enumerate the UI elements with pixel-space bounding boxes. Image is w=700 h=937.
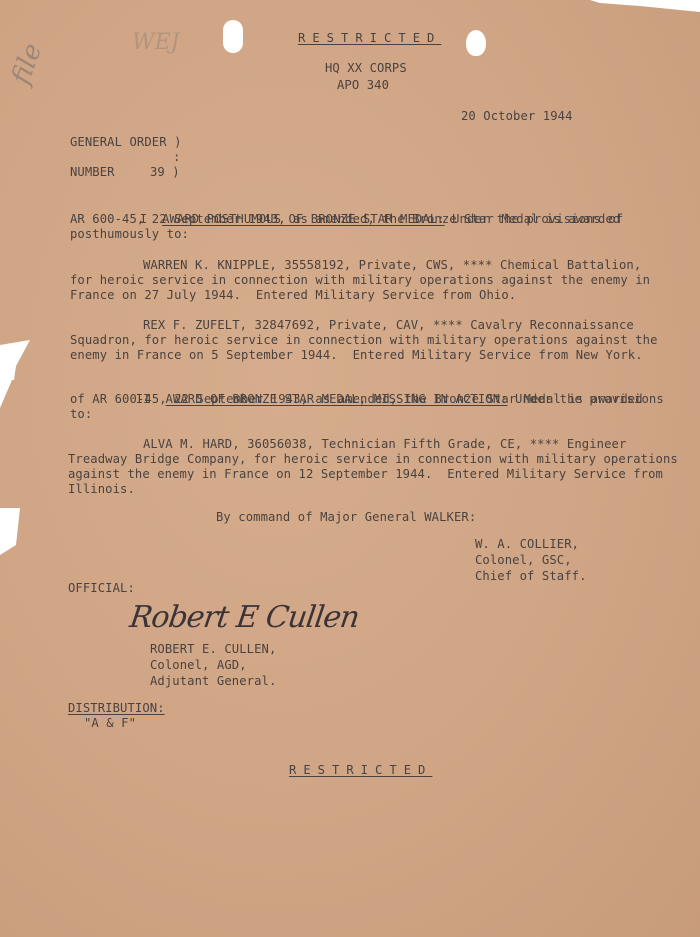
command-line: By command of Major General WALKER: bbox=[216, 510, 476, 525]
section-1-intro-2: AR 600-45, 22 September 1943, as amended… bbox=[70, 212, 620, 227]
distribution-label: DISTRIBUTION: bbox=[68, 701, 165, 716]
official-label: OFFICIAL: bbox=[68, 581, 135, 596]
recipient-hard-line-3: against the enemy in France on 12 Septem… bbox=[68, 467, 663, 482]
adjutant-title: Adjutant General. bbox=[150, 674, 276, 689]
chief-of-staff-rank: Colonel, GSC, bbox=[475, 553, 572, 568]
recipient-knipple-line-1: WARREN K. KNIPPLE, 35558192, Private, CW… bbox=[143, 258, 641, 273]
general-order-colon: : bbox=[173, 150, 180, 165]
classification-top: RESTRICTED bbox=[298, 31, 441, 46]
chief-of-staff-name: W. A. COLLIER, bbox=[475, 537, 579, 552]
recipient-hard-line-2: Treadway Bridge Company, for heroic serv… bbox=[68, 452, 678, 467]
distribution-value: "A & F" bbox=[84, 716, 136, 731]
punch-hole-left bbox=[223, 20, 243, 53]
order-number-label: NUMBER bbox=[70, 165, 115, 180]
pencil-annotation-file: file bbox=[6, 39, 48, 88]
recipient-knipple-line-3: France on 27 July 1944. Entered Military… bbox=[70, 288, 516, 303]
pencil-annotation-initials: WEJ bbox=[132, 30, 180, 55]
adjutant-name: ROBERT E. CULLEN, bbox=[150, 642, 276, 657]
document-page: file WEJ RESTRICTED HQ XX CORPS APO 340 … bbox=[0, 0, 700, 937]
general-order-label: GENERAL ORDER ) bbox=[70, 135, 182, 150]
recipient-hard-line-4: Illinois. bbox=[68, 482, 135, 497]
order-number: 39 ) bbox=[150, 165, 180, 180]
section-1-intro-3: posthumously to: bbox=[70, 227, 189, 242]
recipient-hard-line-1: ALVA M. HARD, 36056038, Technician Fifth… bbox=[143, 437, 626, 452]
section-2-intro-2: of AR 600-45, 22 September 1943, as amen… bbox=[70, 392, 643, 407]
recipient-zufelt-line-3: enemy in France on 5 September 1944. Ent… bbox=[70, 348, 643, 363]
recipient-zufelt-line-2: Squadron, for heroic service in connecti… bbox=[70, 333, 658, 348]
order-date: 20 October 1944 bbox=[461, 109, 573, 124]
classification-bottom: RESTRICTED bbox=[289, 763, 432, 778]
apo-header: APO 340 bbox=[337, 78, 389, 93]
signature-robert-cullen: Robert E Cullen bbox=[128, 600, 361, 635]
section-2-intro-3: to: bbox=[70, 407, 92, 422]
chief-of-staff-title: Chief of Staff. bbox=[475, 569, 587, 584]
recipient-zufelt-line-1: REX F. ZUFELT, 32847692, Private, CAV, *… bbox=[143, 318, 634, 333]
unit-header: HQ XX CORPS bbox=[325, 61, 407, 76]
recipient-knipple-line-2: for heroic service in connection with mi… bbox=[70, 273, 650, 288]
punch-hole-right bbox=[466, 30, 486, 56]
adjutant-rank: Colonel, AGD, bbox=[150, 658, 247, 673]
